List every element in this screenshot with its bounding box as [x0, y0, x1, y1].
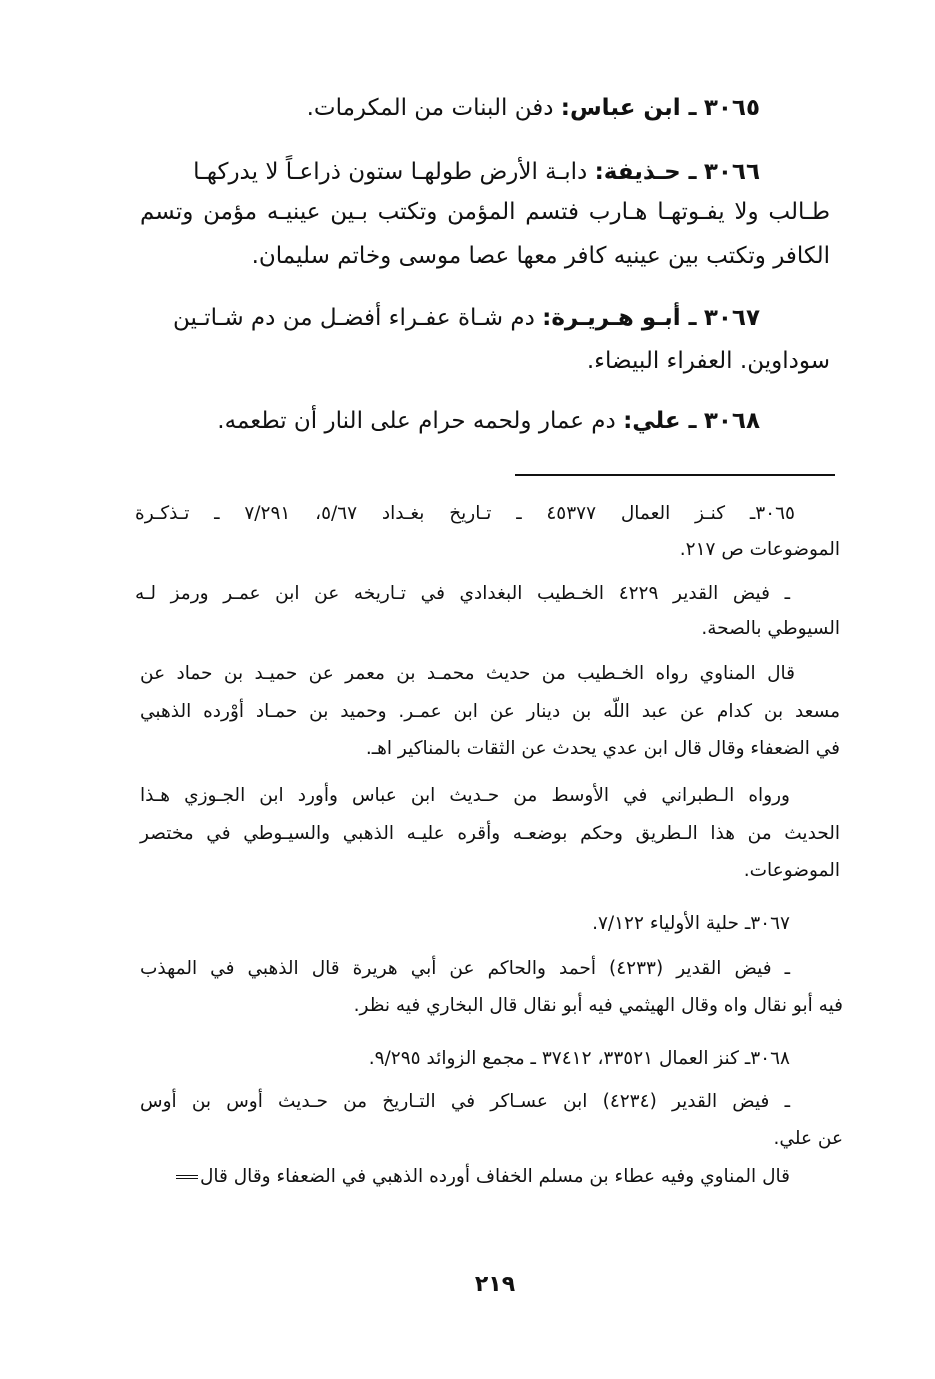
footnote-line: قال المناوي وفيه عطاء بن مسلم الخفاف أور… — [200, 1166, 790, 1187]
hadith-narrator: ابن عباس: — [561, 95, 681, 121]
hadith-text-line: دم عمار ولحمه حرام على النار أن تطعمه. — [217, 408, 615, 434]
hadith-number: ٣٠٦٥ — [704, 95, 760, 121]
hadith-text-line: الكافر وتكتب بين عينيه كافر معها عصا موس… — [252, 240, 830, 272]
hadith-3065: ٣٠٦٥ ـ ابن عباس: دفن البنات من المكرمات. — [307, 92, 760, 124]
footnote-separator — [515, 474, 835, 476]
hadith-number: ٣٠٦٨ — [704, 408, 760, 434]
footnote-line: ـ فيض القدير (٤٢٣٤) ابن عسـاكر في التـار… — [140, 1088, 790, 1116]
hadith-text-line: طـالب ولا يفـوتهـا هـارب فتسم المؤمن وتك… — [140, 196, 830, 228]
hadith-text-line: دم شـاة عفـراء أفضـل من دم شـاتـين — [173, 305, 535, 331]
hadith-number: ٣٠٦٦ — [704, 159, 760, 185]
footnote-line-continued: قال المناوي وفيه عطاء بن مسلم الخفاف أور… — [176, 1163, 790, 1191]
hadith-dash: ـ — [681, 95, 697, 121]
hadith-text-line: دابـة الأرض طولهـا ستون ذراعـاً لا يدركه… — [193, 159, 587, 185]
hadith-3066: ٣٠٦٦ ـ حـذيفة: دابـة الأرض طولهـا ستون ذ… — [193, 156, 760, 188]
footnote-line: مسعد بن كدام عن عبد اللّه بن دينار عن اب… — [140, 698, 840, 726]
hadith-number: ٣٠٦٧ — [704, 305, 760, 331]
hadith-narrator: أبـو هـريـرة: — [542, 305, 681, 331]
continuation-mark — [176, 1175, 198, 1179]
footnote-line: الحديث من هذا الـطريق وحكم بوضعـه وأقره … — [140, 820, 840, 848]
footnote-line: قال المناوي رواه الخـطيب من حديث محمـد ب… — [140, 660, 795, 688]
footnote-line: الموضوعات ص ٢١٧. — [680, 536, 840, 564]
hadith-3068: ٣٠٦٨ ـ علي: دم عمار ولحمه حرام على النار… — [217, 405, 760, 437]
footnote-line: ـ فيض القدير (٤٢٣٣) أحمد والحاكم عن أبي … — [140, 955, 790, 983]
page-number: ٢١٩ — [440, 1272, 550, 1297]
footnote-line: ورواه الـطبراني في الأوسط من حـديث ابن ع… — [140, 782, 790, 810]
hadith-text-line: دفن البنات من المكرمات. — [307, 95, 554, 121]
footnote-line: ٣٠٦٥ـ كنـز العمال ٤٥٣٧٧ ـ تـاريخ بغـداد … — [135, 500, 795, 528]
hadith-3067: ٣٠٦٧ ـ أبـو هـريـرة: دم شـاة عفـراء أفضـ… — [173, 302, 760, 334]
footnote-line: الموضوعات. — [744, 857, 840, 885]
hadith-dash: ـ — [681, 305, 697, 331]
hadith-dash: ـ — [681, 159, 697, 185]
footnote-line: فيه أبو نقال واه وقال الهيثمي فيه أبو نق… — [354, 992, 843, 1020]
hadith-narrator: علي: — [623, 408, 681, 434]
footnote-line: السيوطي بالصحة. — [701, 615, 840, 643]
hadith-text-line: سوداوين. العفراء البيضاء. — [587, 345, 830, 377]
footnote-line: عن علي. — [774, 1125, 843, 1153]
hadith-dash: ـ — [681, 408, 697, 434]
book-page: ٣٠٦٥ ـ ابن عباس: دفن البنات من المكرمات.… — [0, 0, 935, 1379]
footnote-line: ـ فيض القدير ٤٢٢٩ الخـطيب البغدادي في تـ… — [135, 580, 790, 608]
hadith-narrator: حـذيفة: — [595, 159, 681, 185]
footnote-line: ٣٠٦٨ـ كنز العمال ٣٣٥٢١، ٣٧٤١٢ ـ مجمع الز… — [369, 1045, 790, 1073]
footnote-line: في الضعفاء وقال قال ابن عدي يحدث عن الثق… — [366, 735, 840, 763]
footnote-line: ٣٠٦٧ـ حلية الأولياء ٧/١٢٢. — [592, 910, 790, 938]
